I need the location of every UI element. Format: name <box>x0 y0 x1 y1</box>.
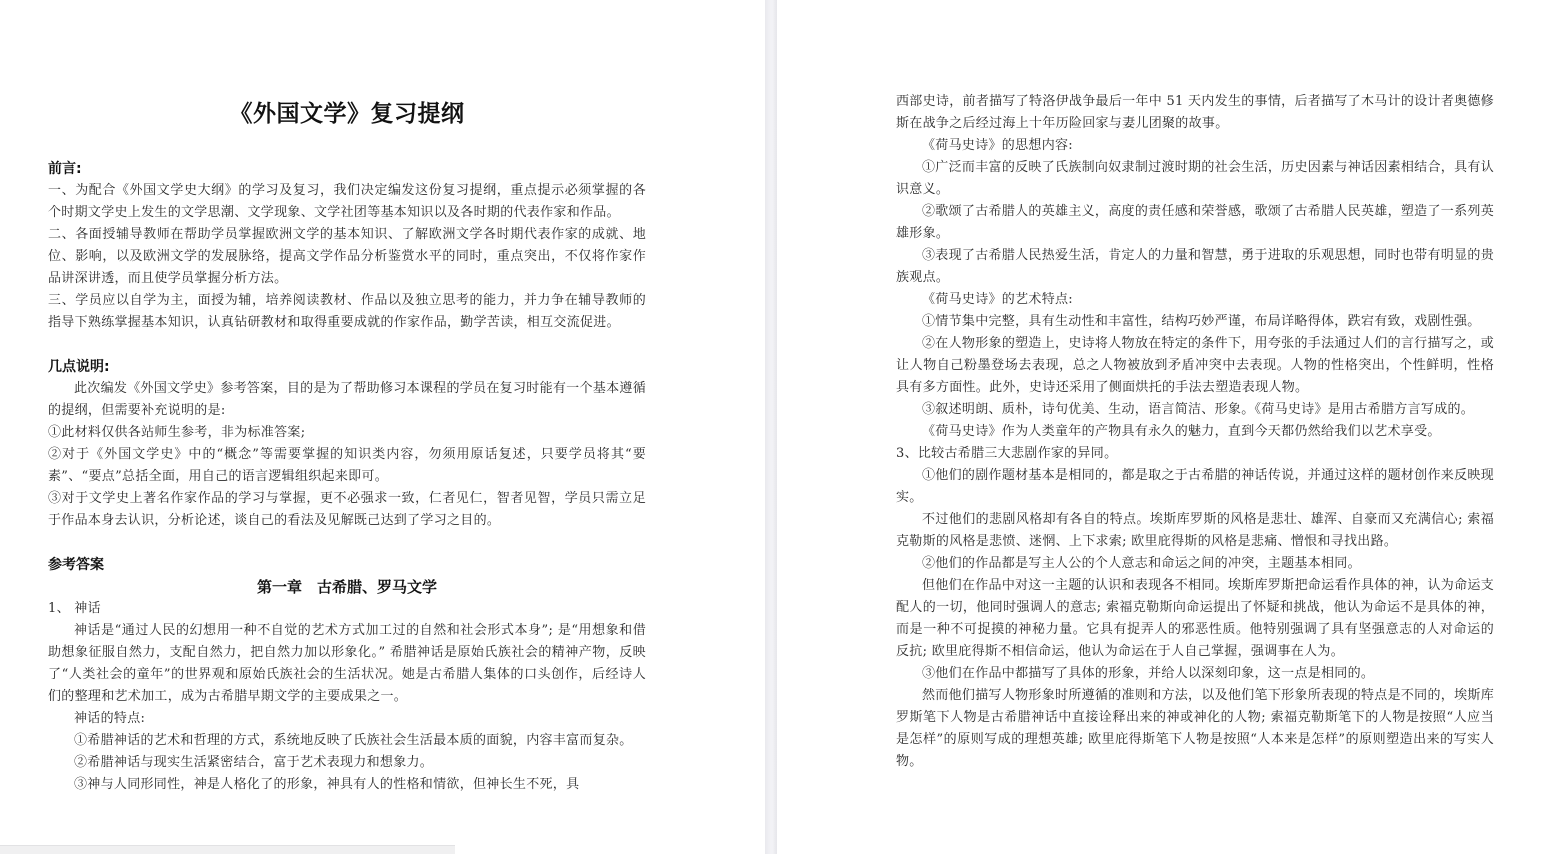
preface-paragraph: 二、各面授辅导教师在帮助学员掌握欧洲文学的基本知识、了解欧洲文学各时期代表作家的… <box>48 224 646 290</box>
chapter-title: 第一章 古希腊、罗马文学 <box>48 576 646 598</box>
notes-item: ①此材料仅供各站师生参考，非为标准答案; <box>48 422 646 444</box>
paragraph: 《荷马史诗》作为人类童年的产物具有永久的魅力，直到今天都仍然给我们以艺术享受。 <box>896 421 1494 443</box>
features-label: 神话的特点: <box>48 708 646 730</box>
page-separator <box>765 0 777 854</box>
paragraph: ①他们的剧作题材基本是相同的，都是取之于古希腊的神话传说，并通过这样的题材创作来… <box>896 465 1494 509</box>
feature-item: ①希腊神话的艺术和哲理的方式，系统地反映了氏族社会生活最本质的面貌，内容丰富而复… <box>48 730 646 752</box>
paragraph: ①情节集中完整，具有生动性和丰富性，结构巧妙严谨，布局详略得体，跌宕有致，戏剧性… <box>896 311 1494 333</box>
bottom-overlay-bar <box>0 845 455 854</box>
spacer <box>48 532 646 554</box>
page-content: 《外国文学》复习提纲 前言: 一、为配合《外国文学史大纲》的学习及复习，我们决定… <box>48 96 646 796</box>
paragraph: ②他们的作品都是写主人公的个人意志和命运之间的冲突，主题基本相同。 <box>896 553 1494 575</box>
paragraph: ②在人物形象的塑造上，史诗将人物放在特定的条件下，用夸张的手法通过人们的言行描写… <box>896 333 1494 399</box>
notes-heading: 几点说明: <box>48 356 646 378</box>
document-page-left: 《外国文学》复习提纲 前言: 一、为配合《外国文学史大纲》的学习及复习，我们决定… <box>0 0 765 854</box>
document-title: 《外国文学》复习提纲 <box>48 96 646 132</box>
paragraph: 《荷马史诗》的思想内容: <box>896 135 1494 157</box>
myth-definition: 神话是“通过人民的幻想用一种不自觉的艺术方式加工过的自然和社会形式本身”; 是“… <box>48 620 646 708</box>
paragraph: ②歌颂了古希腊人的英雄主义，高度的责任感和荣誉感，歌颂了古希腊人民英雄，塑造了一… <box>896 201 1494 245</box>
feature-item: ③神与人同形同性，神是人格化了的形象，神具有人的性格和情欲，但神长生不死，具 <box>48 774 646 796</box>
notes-item: ③对于文学史上著名作家作品的学习与掌握，更不必强求一致，仁者见仁，智者见智，学员… <box>48 488 646 532</box>
paragraph: 但他们在作品中对这一主题的认识和表现各不相同。埃斯库罗斯把命运看作具体的神，认为… <box>896 575 1494 663</box>
section-title: 1、 神话 <box>48 598 646 620</box>
paragraph: ③他们在作品中都描写了具体的形象，并给人以深刻印象，这一点是相同的。 <box>896 663 1494 685</box>
paragraph: ③表现了古希腊人民热爱生活，肯定人的力量和智慧，勇于进取的乐观思想，同时也带有明… <box>896 245 1494 289</box>
paragraph: 然而他们描写人物形象时所遵循的准则和方法，以及他们笔下形象所表现的特点是不同的，… <box>896 685 1494 773</box>
document-viewer: 《外国文学》复习提纲 前言: 一、为配合《外国文学史大纲》的学习及复习，我们决定… <box>0 0 1551 854</box>
page-content: 西部史诗，前者描写了特洛伊战争最后一年中 51 天内发生的事情，后者描写了木马计… <box>896 91 1494 773</box>
paragraph: ①广泛而丰富的反映了氏族制向奴隶制过渡时期的社会生活，历史因素与神话因素相结合，… <box>896 157 1494 201</box>
feature-item: ②希腊神话与现实生活紧密结合，富于艺术表现力和想象力。 <box>48 752 646 774</box>
notes-item: ②对于《外国文学史》中的“概念”等需要掌握的知识类内容，勿须用原话复述，只要学员… <box>48 444 646 488</box>
document-page-right: 西部史诗，前者描写了特洛伊战争最后一年中 51 天内发生的事情，后者描写了木马计… <box>777 0 1551 854</box>
preface-heading: 前言: <box>48 158 646 180</box>
notes-intro: 此次编发《外国文学史》参考答案，目的是为了帮助修习本课程的学员在复习时能有一个基… <box>48 378 646 422</box>
spacer <box>48 334 646 356</box>
section-title: 3、比较古希腊三大悲剧作家的异同。 <box>896 443 1494 465</box>
answers-heading: 参考答案 <box>48 554 646 576</box>
paragraph: 西部史诗，前者描写了特洛伊战争最后一年中 51 天内发生的事情，后者描写了木马计… <box>896 91 1494 135</box>
paragraph: 不过他们的悲剧风格却有各自的特点。埃斯库罗斯的风格是悲壮、雄浑、自豪而又充满信心… <box>896 509 1494 553</box>
preface-paragraph: 一、为配合《外国文学史大纲》的学习及复习，我们决定编发这份复习提纲，重点提示必须… <box>48 180 646 224</box>
paragraph: ③叙述明朗、质朴，诗句优美、生动，语言简洁、形象。《荷马史诗》是用古希腊方言写成… <box>896 399 1494 421</box>
paragraph: 《荷马史诗》的艺术特点: <box>896 289 1494 311</box>
preface-paragraph: 三、学员应以自学为主，面授为辅，培养阅读教材、作品以及独立思考的能力，并力争在辅… <box>48 290 646 334</box>
